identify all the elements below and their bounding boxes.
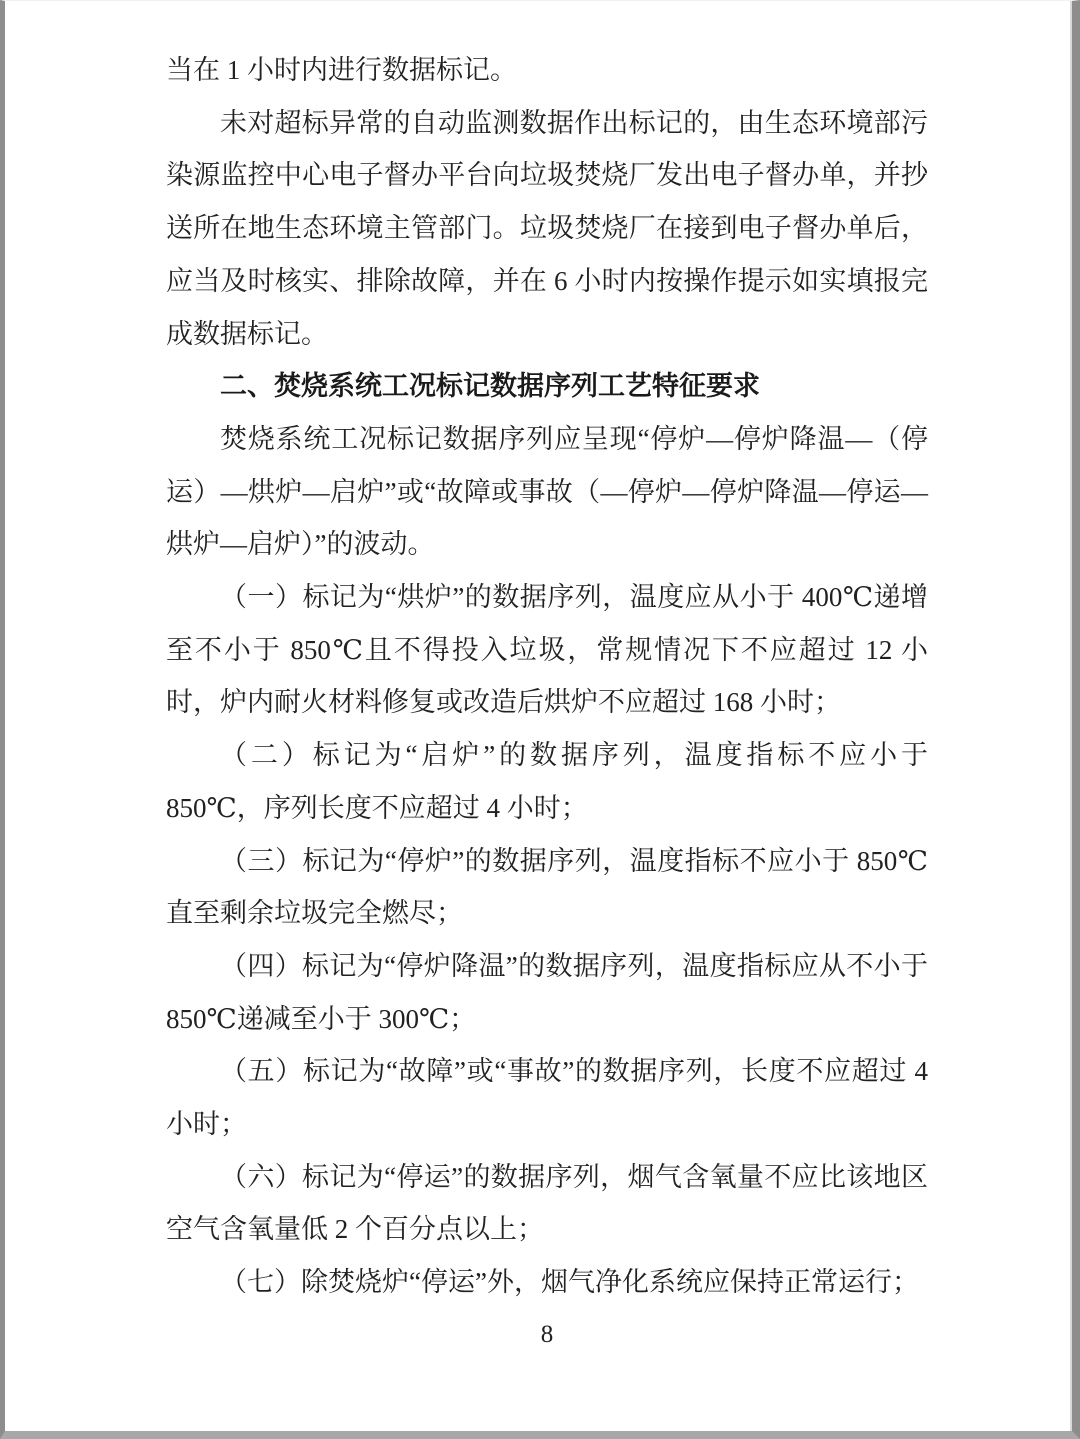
list-item-paragraph-2: （二）标记为“启炉”的数据序列，温度指标不应小于 850℃，序列长度不应超过 4… (166, 729, 928, 834)
body-paragraph: 未对超标异常的自动监测数据作出标记的，由生态环境部污染源监控中心电子督办平台向垃… (166, 97, 928, 361)
page-number: 8 (166, 1309, 928, 1362)
list-item-paragraph-5: （五）标记为“故障”或“事故”的数据序列，长度不应超过 4 小时； (166, 1045, 928, 1150)
section-heading: 二、焚烧系统工况标记数据序列工艺特征要求 (166, 360, 928, 413)
list-item-paragraph-3: （三）标记为“停炉”的数据序列，温度指标不应小于 850℃直至剩余垃圾完全燃尽； (166, 835, 928, 940)
document-body: 当在 1 小时内进行数据标记。 未对超标异常的自动监测数据作出标记的，由生态环境… (166, 44, 928, 1362)
body-paragraph: 焚烧系统工况标记数据序列应呈现“停炉—停炉降温—（停运）—烘炉—启炉”或“故障或… (166, 413, 928, 571)
list-item-paragraph-7: （七）除焚烧炉“停运”外，烟气净化系统应保持正常运行； (166, 1256, 928, 1309)
continuation-paragraph: 当在 1 小时内进行数据标记。 (166, 44, 928, 97)
document-page: 当在 1 小时内进行数据标记。 未对超标异常的自动监测数据作出标记的，由生态环境… (5, 1, 1072, 1431)
list-item-paragraph-6: （六）标记为“停运”的数据序列，烟气含氧量不应比该地区空气含氧量低 2 个百分点… (166, 1151, 928, 1256)
list-item-paragraph-1: （一）标记为“烘炉”的数据序列，温度应从小于 400℃递增至不小于 850℃且不… (166, 571, 928, 729)
scanned-page-frame: 当在 1 小时内进行数据标记。 未对超标异常的自动监测数据作出标记的，由生态环境… (0, 0, 1080, 1439)
list-item-paragraph-4: （四）标记为“停炉降温”的数据序列，温度指标应从不小于 850℃递减至小于 30… (166, 940, 928, 1045)
